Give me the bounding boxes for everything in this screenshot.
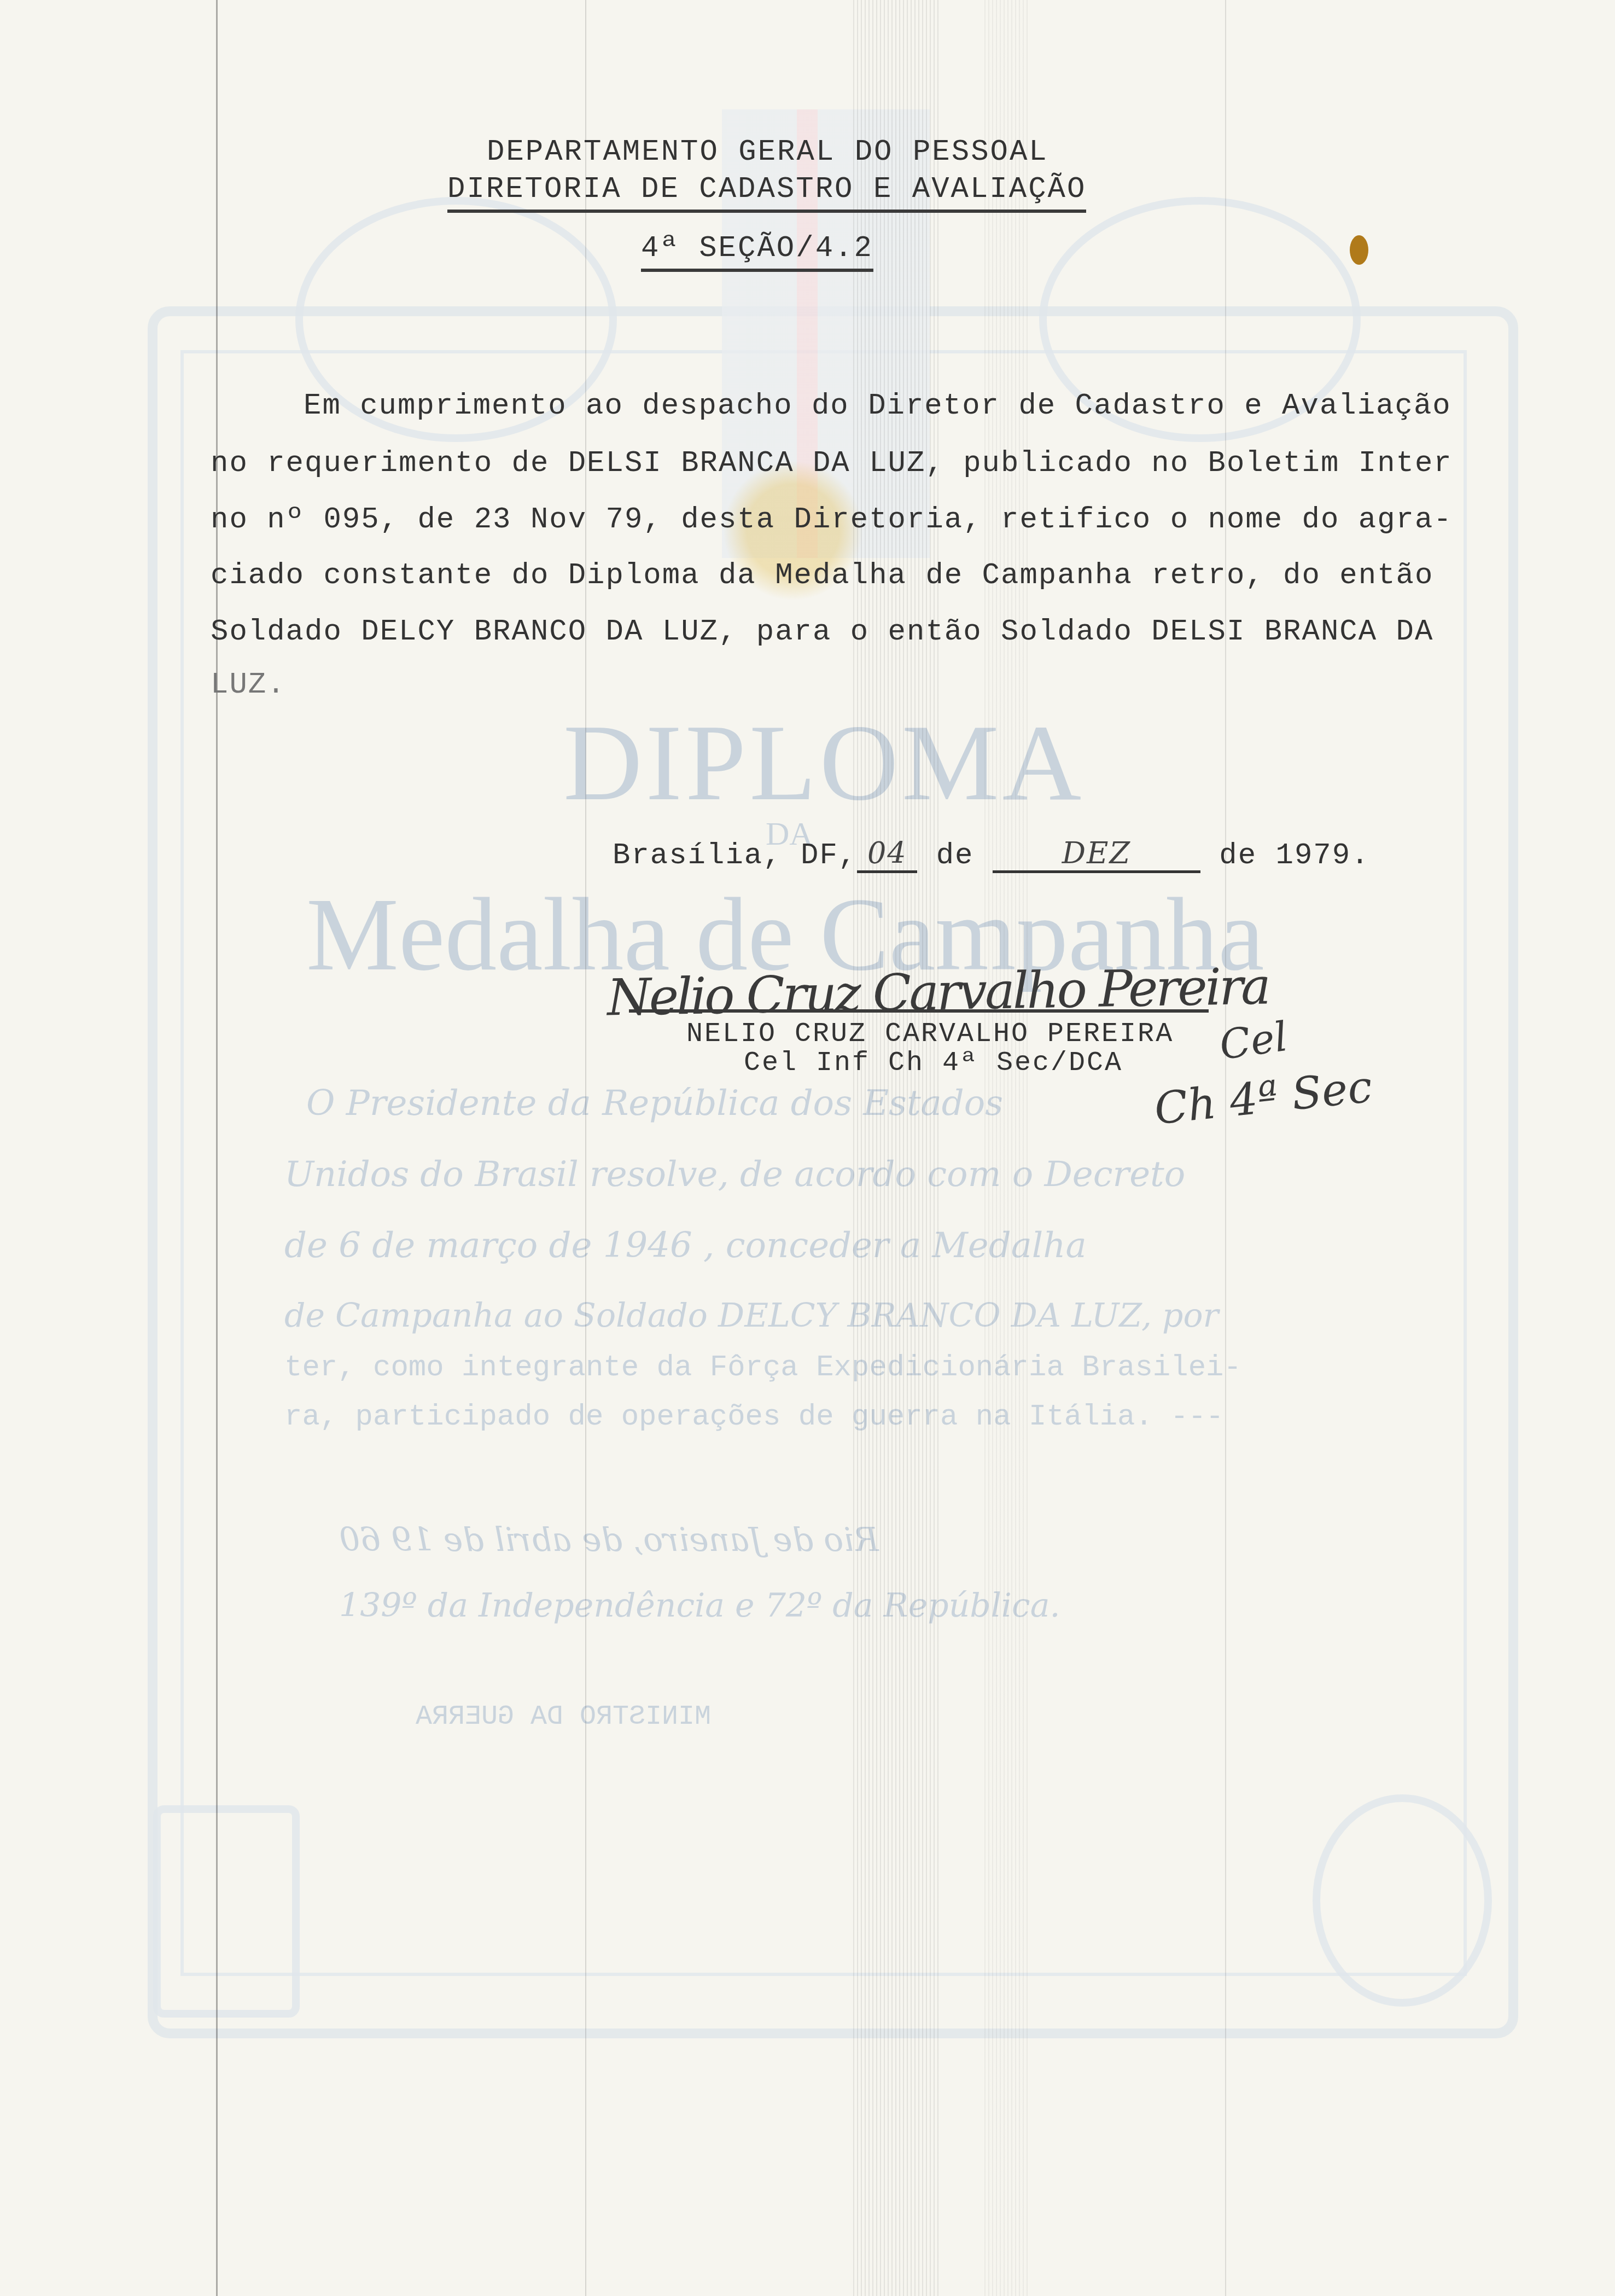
header-section: 4ª SEÇÃO/4.2 — [641, 232, 873, 272]
body-line: LUZ. — [211, 669, 286, 702]
date-line: Brasília, DF,04 de DEZ de 1979. — [613, 836, 1370, 873]
date-year: de 1979. — [1219, 839, 1369, 873]
scan-streak — [216, 0, 218, 2296]
date-place: Brasília, DF, — [613, 839, 857, 873]
date-day: 04 — [857, 836, 917, 873]
handwritten-signature: Nelio Cruz Carvalho Pereira — [607, 957, 1269, 1027]
body-line: ciado constante do Diploma da Medalha de… — [211, 559, 1433, 592]
header-directorate: DIRETORIA DE CADASTRO E AVALIAÇÃO — [447, 173, 1086, 213]
body-line: Em cumprimento ao despacho do Diretor de… — [304, 390, 1451, 423]
ornament-bleed-bottom-right — [1313, 1794, 1492, 2007]
date-month: DEZ — [993, 836, 1200, 873]
body-line: no nº 095, de 23 Nov 79, desta Diretoria… — [211, 503, 1453, 537]
scan-band — [853, 0, 941, 2296]
scan-streak — [585, 0, 586, 2296]
body-line: no requerimento de DELSI BRANCA DA LUZ, … — [211, 447, 1453, 480]
scan-band — [984, 0, 1028, 2296]
signatory-role: Cel Inf Ch 4ª Sec/DCA — [744, 1048, 1123, 1079]
ornament-bleed-bottom-left — [153, 1805, 300, 2018]
ink-stain — [1350, 235, 1368, 265]
body-line: Soldado DELCY BRANCO DA LUZ, para o entã… — [211, 615, 1433, 649]
signature-line — [629, 1009, 1209, 1013]
handwritten-annotation: Cel — [1217, 1013, 1291, 1069]
scan-streak — [1225, 0, 1226, 2296]
signatory-name: NELIO CRUZ CARVALHO PEREIRA — [686, 1019, 1174, 1050]
date-de: de — [936, 839, 974, 873]
header-department: DEPARTAMENTO GERAL DO PESSOAL — [487, 136, 1048, 169]
